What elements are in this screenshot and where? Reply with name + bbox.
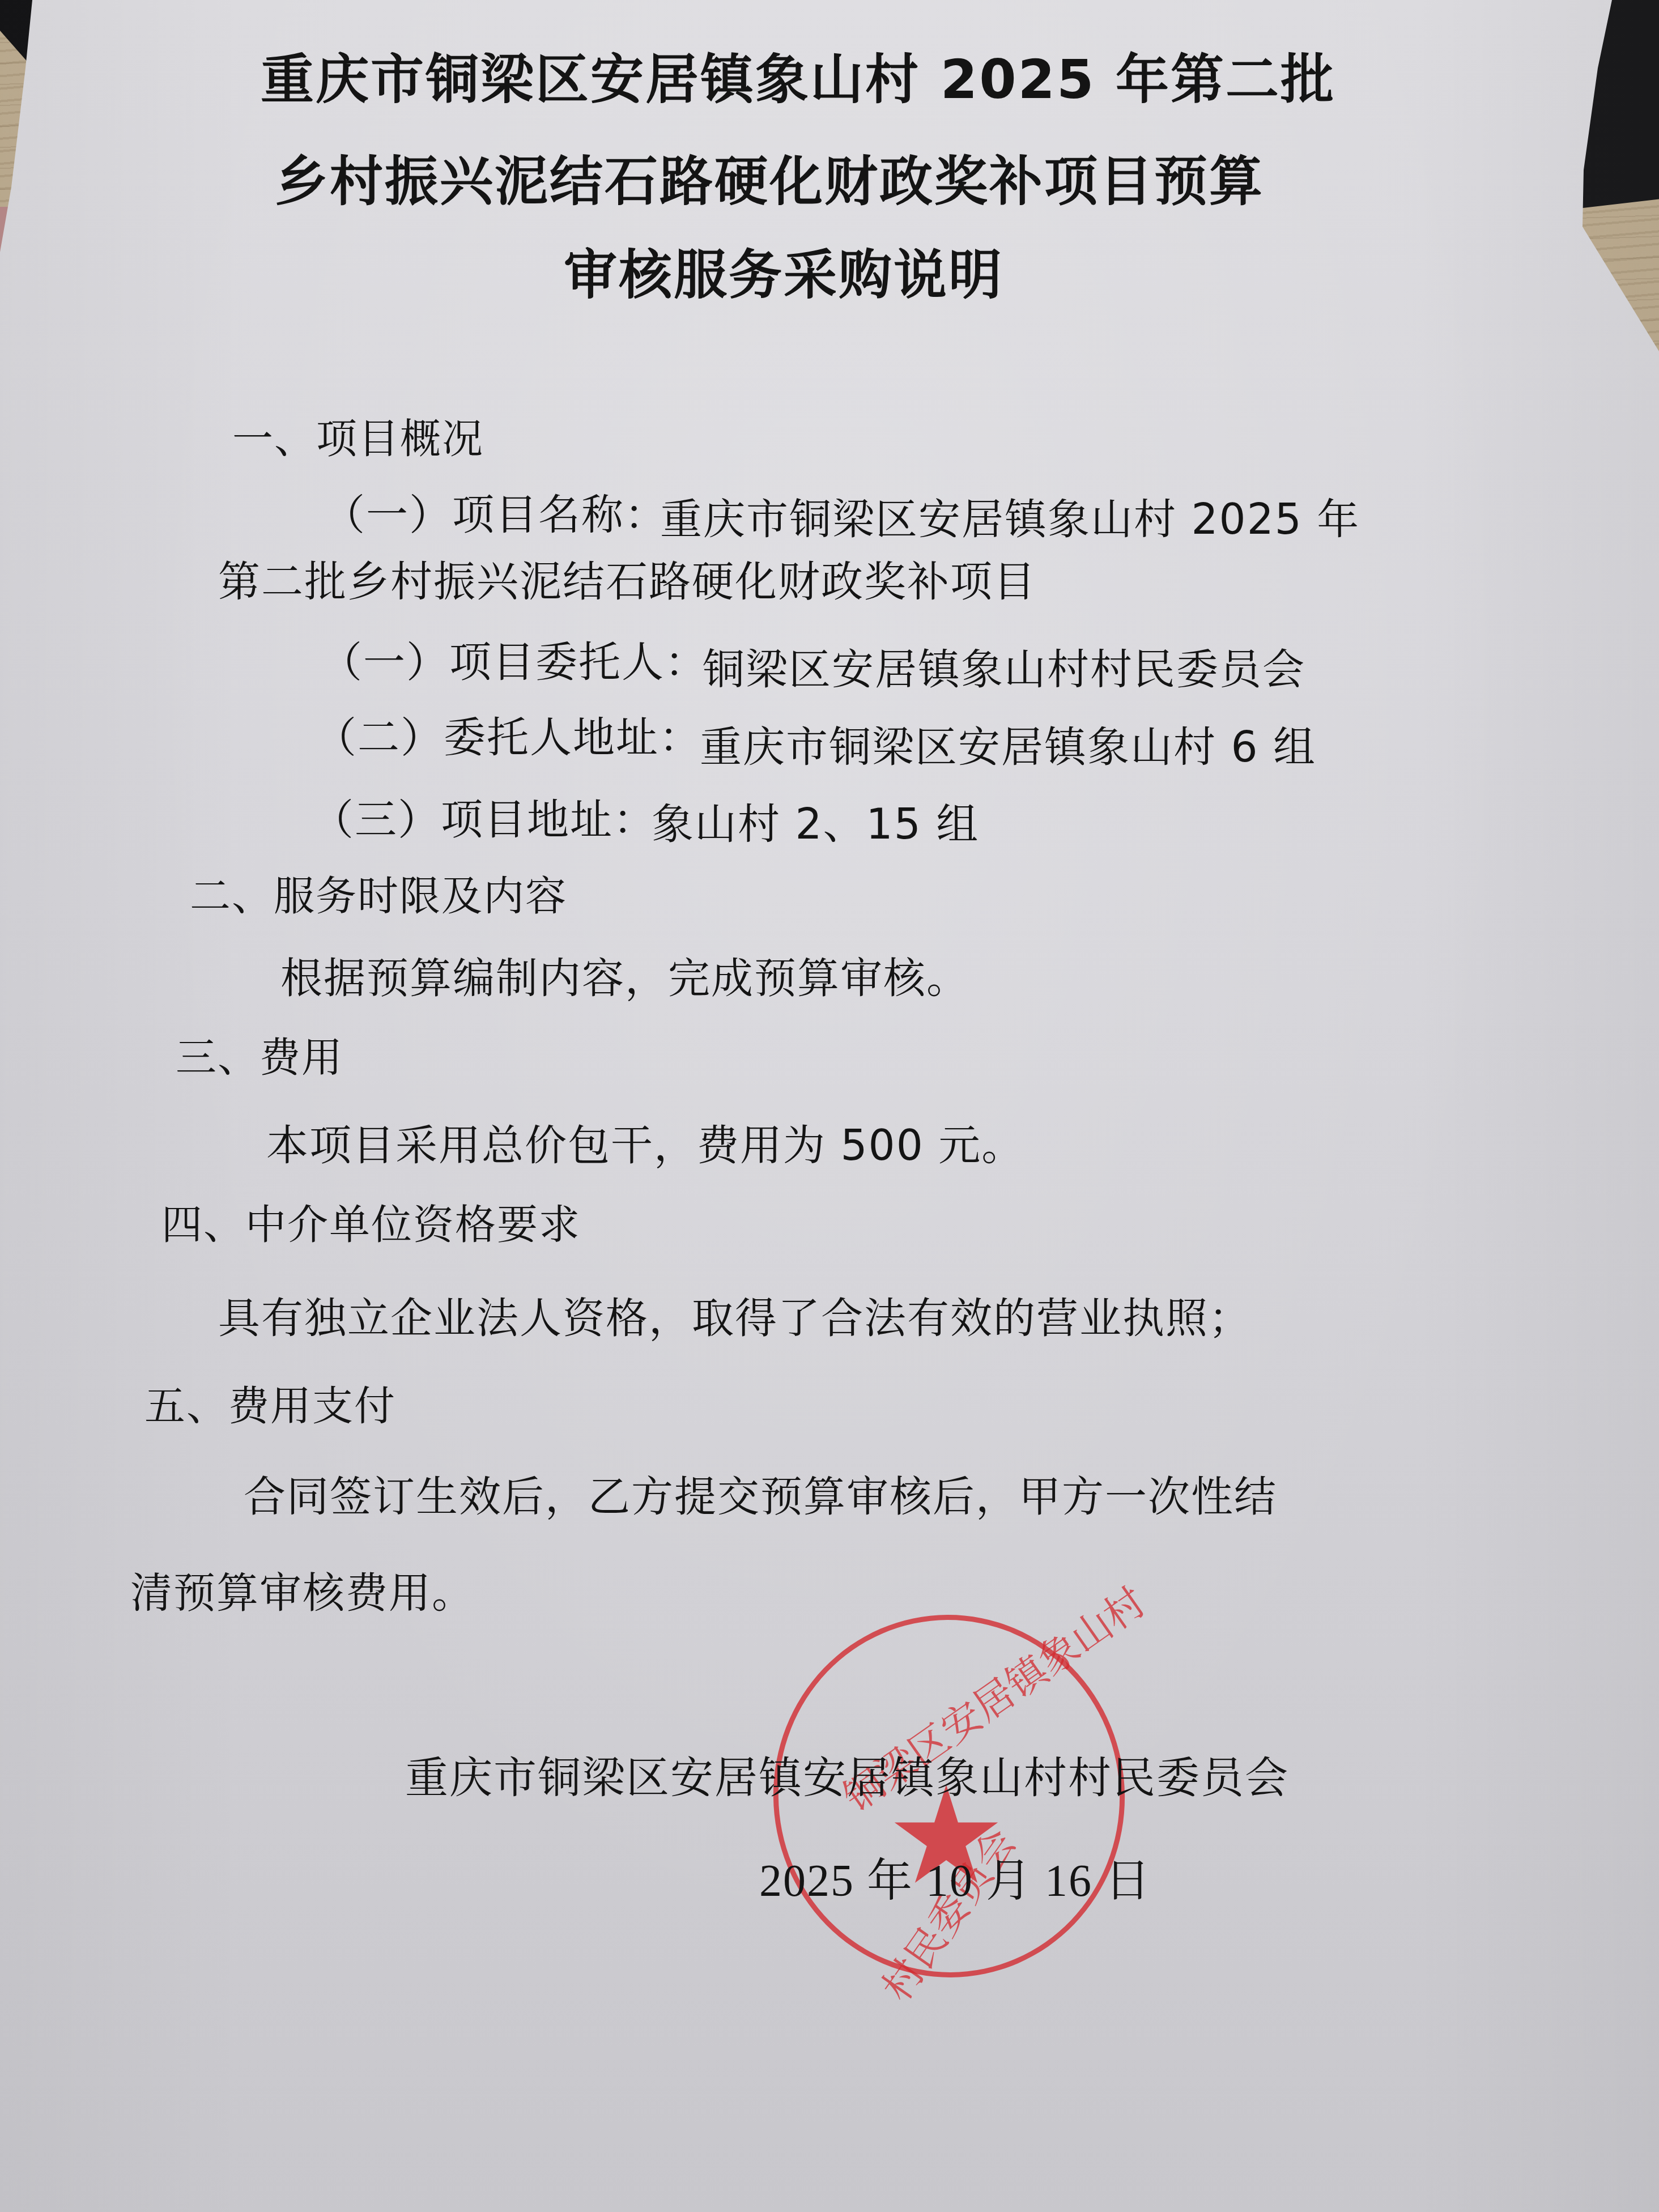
project-client-label: （一）项目委托人： <box>320 641 708 683</box>
qualification-text: 具有独立企业法人资格，取得了合法有效的营业执照； <box>218 1298 1252 1339</box>
section-heading-qualification: 四、中介单位资格要求 <box>161 1204 581 1245</box>
document-title-line-2: 乡村振兴泥结石路硬化财政奖补项目预算 <box>275 156 1264 209</box>
project-name-value-continued: 第二批乡村振兴泥结石路硬化财政奖补项目 <box>218 561 1036 603</box>
document-title-line-3: 审核服务采购说明 <box>564 249 1003 303</box>
section-heading-overview: 一、项目概况 <box>232 418 484 459</box>
payment-text-line-1: 合同签订生效后，乙方提交预算审核后，甲方一次性结 <box>244 1476 1277 1518</box>
service-content-text: 根据预算编制内容，完成预算审核。 <box>280 958 969 999</box>
client-address-value: 重庆市铜梁区安居镇象山村 6 组 <box>700 726 1316 768</box>
payment-text-line-2: 清预算审核费用。 <box>130 1572 475 1614</box>
document-title-line-1: 重庆市铜梁区安居镇象山村 2025 年第二批 <box>261 54 1335 107</box>
section-heading-payment: 五、费用支付 <box>144 1385 396 1426</box>
section-heading-service: 二、服务时限及内容 <box>190 875 567 916</box>
project-name-value: 重庆市铜梁区安居镇象山村 2025 年 <box>660 499 1360 541</box>
fee-text: 本项目采用总价包干，费用为 500 元。 <box>266 1125 1024 1167</box>
client-address-label: （二）委托人地址： <box>314 717 702 759</box>
signing-organization: 重庆市铜梁区安居镇安居镇象山村村民委员会 <box>405 1756 1289 1800</box>
project-name-label: （一）项目名称： <box>323 494 667 536</box>
project-address-value: 象山村 2、15 组 <box>652 803 979 845</box>
project-client-value: 铜梁区安居镇象山村村民委员会 <box>703 649 1305 691</box>
project-address-label: （三）项目地址： <box>312 799 656 841</box>
section-heading-fee: 三、费用 <box>176 1037 343 1078</box>
signing-date: 2025 年 10 月 16 日 <box>759 1858 1151 1904</box>
